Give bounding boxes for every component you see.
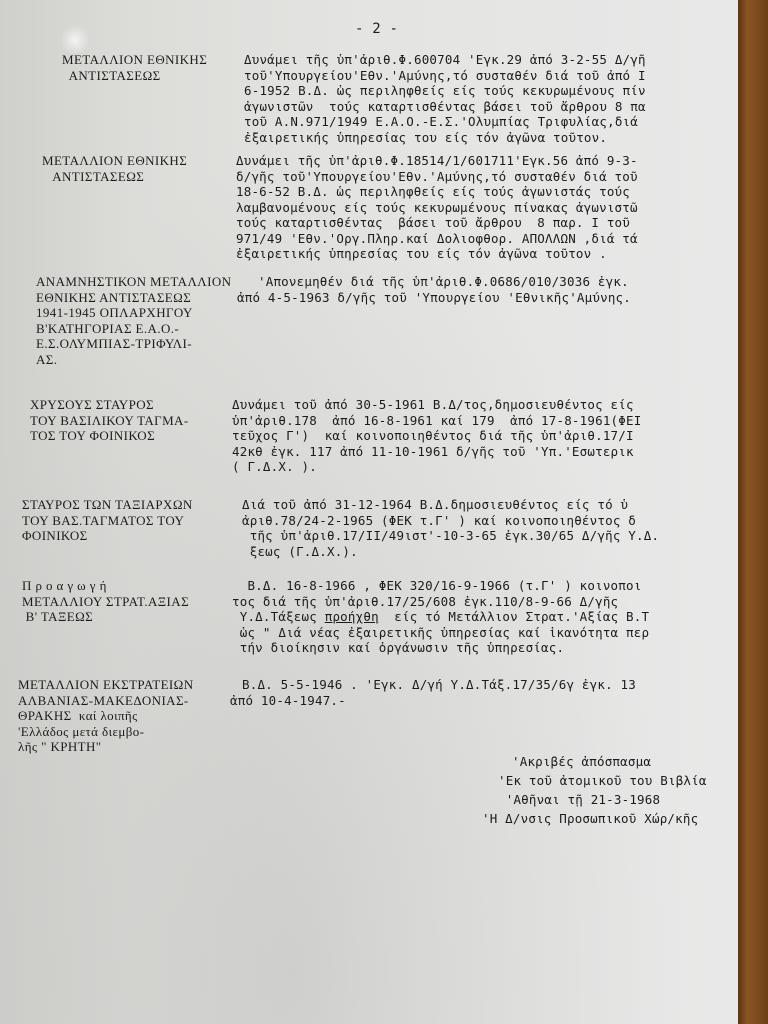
label-line: ΤΟΥ ΒΑΣ.ΤΑΓΜΑΤΟΣ ΤΟΥ	[22, 513, 193, 529]
text-line: 6-1952 Β.Δ. ὡς περιληφθείς είς τούς κεκυ…	[244, 83, 646, 99]
label-line: ΑΣ.	[36, 352, 231, 368]
text-line: δ/γῆς τοῦ'Υπουργείου'Εθν.'Αμύνης,τό συστ…	[236, 169, 638, 185]
entry-5-label: ΣΤΑΥΡΟΣ ΤΩΝ ΤΑΞΙΑΡΧΩΝΤΟΥ ΒΑΣ.ΤΑΓΜΑΤΟΣ ΤΟ…	[22, 497, 193, 544]
signature-line: 'Εκ τοῦ ἀτομικοῦ του Βιβλία	[482, 771, 707, 790]
entry-2-label: ΜΕΤΑΛΛΙΟΝ ΕΘΝΙΚΗΣ ΑΝΤΙΣΤΑΣΕΩΣ	[42, 153, 187, 184]
label-line: 'Ελλάδος μετά διεμβο-	[18, 724, 194, 740]
label-line: Β'ΚΑΤΗΓΟΡΙΑΣ Ε.Α.Ο.-	[36, 321, 231, 337]
page-number: - 2 -	[355, 22, 398, 38]
text-line: Β.Δ. 5-5-1946 . 'Εγκ. Δ/γή Υ.Δ.Τάξ.17/35…	[242, 677, 636, 693]
text-line: τῆς ὑπ'ἀριθ.17/ΙΙ/49ιστ'-10-3-65 ἐγκ.30/…	[242, 528, 659, 544]
text-line: ἀριθ.78/24-2-1965 (ΦΕΚ τ.Γ' ) καί κοινοπ…	[242, 513, 659, 529]
entry-5-text: Διά τοῦ ἀπό 31-12-1964 Β.Δ.δημοσιευθέντο…	[242, 497, 659, 559]
label-line: ΜΕΤΑΛΛΙΟΥ ΣΤΡΑΤ.ΑΞΙΑΣ	[22, 594, 189, 610]
entry-7-label: ΜΕΤΑΛΛΙΟΝ ΕΚΣΤΡΑΤΕΙΩΝΑΛΒΑΝΙΑΣ-ΜΑΚΕΔΟΝΙΑΣ…	[18, 677, 194, 755]
label-line: ΤΟΣ ΤΟΥ ΦΟΙΝΙΚΟΣ	[30, 428, 189, 444]
text-line: ( Γ.Δ.Χ. ).	[232, 459, 641, 475]
label-line: ΑΝΤΙΣΤΑΣΕΩΣ	[42, 169, 187, 185]
text-line: τοῦ Α.Ν.971/1949 Ε.Α.Ο.-Ε.Σ.'Ολυμπίας Τρ…	[244, 114, 646, 130]
text-line: 971/49 'Εθν.'Οργ.Πληρ.καί Δολιοφθορ. ΑΠΟ…	[236, 231, 638, 247]
text-line: ὡς " Διά νέας ἐξαιρετικῆς ὑπηρεσίας καί …	[232, 625, 649, 641]
entry-3-label: ΑΝΑΜΝΗΣΤΙΚΟΝ ΜΕΤΑΛΛΙΟΝΕΘΝΙΚΗΣ ΑΝΤΙΣΤΑΣΕΩ…	[36, 274, 231, 367]
text-line: Β.Δ. 16-8-1966 , ΦΕΚ 320/16-9-1966 (τ.Γ'…	[232, 578, 649, 594]
label-line: Β' ΤΑΞΕΩΣ	[22, 609, 189, 625]
entry-6-text: Β.Δ. 16-8-1966 , ΦΕΚ 320/16-9-1966 (τ.Γ'…	[232, 578, 649, 656]
text-line: Διά τοῦ ἀπό 31-12-1964 Β.Δ.δημοσιευθέντο…	[242, 497, 659, 513]
text-line: ἀπό 4-5-1963 δ/γῆς τοῦ 'Υπουργείου 'Εθνι…	[237, 290, 631, 306]
text-line: τος διά τῆς ὑπ'ἀριθ.17/25/608 ἐγκ.110/8-…	[232, 594, 649, 610]
text-line: Δυνάμει τῆς ὑπ'ἀριθ.Φ.600704 'Εγκ.29 ἀπό…	[244, 52, 646, 68]
label-line: ΑΝΑΜΝΗΣΤΙΚΟΝ ΜΕΤΑΛΛΙΟΝ	[36, 274, 231, 290]
label-line: ΜΕΤΑΛΛΙΟΝ ΕΚΣΤΡΑΤΕΙΩΝ	[18, 677, 194, 693]
label-line: ΤΟΥ ΒΑΣΙΛΙΚΟΥ ΤΑΓΜΑ-	[30, 413, 189, 429]
document-page: - 2 - ΜΕΤΑΛΛΙΟΝ ΕΘΝΙΚΗΣ ΑΝΤΙΣΤΑΣΕΩΣ Δυνά…	[0, 0, 738, 1024]
text-line: ἀγωνιστῶν τούς καταρτισθέντας βάσει τοῦ …	[244, 99, 646, 115]
entry-1-text: Δυνάμει τῆς ὑπ'ἀριθ.Φ.600704 'Εγκ.29 ἀπό…	[244, 52, 646, 145]
signature-line: 'Ακριβές ἀπόσπασμα	[482, 752, 707, 771]
text-line: Δυνάμει τοῦ ἀπό 30-5-1961 Β.Δ/τος,δημοσι…	[232, 397, 641, 413]
text-line: ὑπ'ἀριθ.178 ἀπό 16-8-1961 καί 179 ἀπό 17…	[232, 413, 641, 429]
wooden-background	[738, 0, 768, 1024]
entry-4-label: ΧΡΥΣΟΥΣ ΣΤΑΥΡΟΣΤΟΥ ΒΑΣΙΛΙΚΟΥ ΤΑΓΜΑ-ΤΟΣ Τ…	[30, 397, 189, 444]
text-line: 18-6-52 Β.Δ. ὡς περιληφθείς είς τούς ἀγω…	[236, 184, 638, 200]
underlined-word: προήχθη	[325, 609, 379, 624]
label-line: ΑΝΤΙΣΤΑΣΕΩΣ	[62, 68, 207, 84]
text-line: ἐξαιρετικής ὑπηρεσίας του είς τόν ἀγῶνα …	[236, 246, 638, 262]
text-line: Δυνάμει τῆς ὑπ'ἀριθ.Φ.18514/1/601711'Εγκ…	[236, 153, 638, 169]
text-line: 'Απονεμηθέν διά τῆς ὑπ'ἀριθ.Φ.0686/010/3…	[258, 274, 629, 290]
entry-7-text: Β.Δ. 5-5-1946 . 'Εγκ. Δ/γή Υ.Δ.Τάξ.17/35…	[242, 677, 636, 693]
text-line: ξεως (Γ.Δ.Χ.).	[242, 544, 659, 560]
text-line: τοῦ'Υπουργείου'Εθν.'Αμύνης,τό συσταθέν δ…	[244, 68, 646, 84]
text-line: λαμβανομένους είς τούς κεκυρωμένους πίνα…	[236, 200, 638, 216]
entry-4-text: Δυνάμει τοῦ ἀπό 30-5-1961 Β.Δ/τος,δημοσι…	[232, 397, 641, 475]
label-line: Ε.Σ.ΟΛΥΜΠΙΑΣ-ΤΡΙΦΥΛΙ-	[36, 336, 231, 352]
label-line: ΘΡΑΚΗΣ καί λοιπῆς	[18, 708, 194, 724]
text-line-underlined: Υ.Δ.Τάξεως προήχθη είς τό Μετάλλιον Στρα…	[232, 609, 649, 625]
text-line: τούς καταρτισθέντας βάσει τοῦ ἄρθρου 8 π…	[236, 215, 638, 231]
label-line: ΧΡΥΣΟΥΣ ΣΤΑΥΡΟΣ	[30, 397, 189, 413]
text-line: ἐξαιρετικής ὑπηρεσίας του είς τόν ἀγῶνα …	[244, 130, 646, 146]
entry-6-label: Π ρ ο α γ ω γ ήΜΕΤΑΛΛΙΟΥ ΣΤΡΑΤ.ΑΞΙΑΣ Β' …	[22, 578, 189, 625]
label-line: ΣΤΑΥΡΟΣ ΤΩΝ ΤΑΞΙΑΡΧΩΝ	[22, 497, 193, 513]
signature-line: 'Αθῆναι τῇ 21-3-1968	[482, 790, 707, 809]
label-line: λῆς " ΚΡΗΤΗ"	[18, 739, 194, 755]
paper-crease	[60, 25, 90, 55]
label-line: Π ρ ο α γ ω γ ή	[22, 578, 189, 594]
text-line: τήν διοίκησιν καί ὀργάνωσιν τῆς ὑπηρεσία…	[232, 640, 649, 656]
signature-block: 'Ακριβές ἀπόσπασμα'Εκ τοῦ ἀτομικοῦ του Β…	[482, 752, 707, 828]
label-line: 1941-1945 ΟΠΛΑΡΧΗΓΟΥ	[36, 305, 231, 321]
label-line: ΜΕΤΑΛΛΙΟΝ ΕΘΝΙΚΗΣ	[42, 153, 187, 169]
label-line: ΦΟΙΝΙΚΟΣ	[22, 528, 193, 544]
entry-7-text-cont: ἀπό 10-4-1947.-	[230, 693, 346, 709]
label-line: ΜΕΤΑΛΛΙΟΝ ΕΘΝΙΚΗΣ	[62, 52, 207, 68]
label-line: ΑΛΒΑΝΙΑΣ-ΜΑΚΕΔΟΝΙΑΣ-	[18, 693, 194, 709]
entry-3-text: 'Απονεμηθέν διά τῆς ὑπ'ἀριθ.Φ.0686/010/3…	[258, 274, 629, 290]
entry-3-text-cont: ἀπό 4-5-1963 δ/γῆς τοῦ 'Υπουργείου 'Εθνι…	[237, 290, 631, 306]
entry-1-label: ΜΕΤΑΛΛΙΟΝ ΕΘΝΙΚΗΣ ΑΝΤΙΣΤΑΣΕΩΣ	[62, 52, 207, 83]
entry-2-text: Δυνάμει τῆς ὑπ'ἀριθ.Φ.18514/1/601711'Εγκ…	[236, 153, 638, 262]
label-line: ΕΘΝΙΚΗΣ ΑΝΤΙΣΤΑΣΕΩΣ	[36, 290, 231, 306]
text-line: τεῦχος Γ') καί κοινοποιηθέντος διά τῆς ὑ…	[232, 428, 641, 444]
signature-line: 'Η Δ/νσις Προσωπικοῦ Χώρ/κῆς	[482, 809, 707, 828]
text-line: 42κθ ἐγκ. 117 ἀπό 11-10-1961 δ/γῆς τοῦ '…	[232, 444, 641, 460]
text-line: ἀπό 10-4-1947.-	[230, 693, 346, 709]
